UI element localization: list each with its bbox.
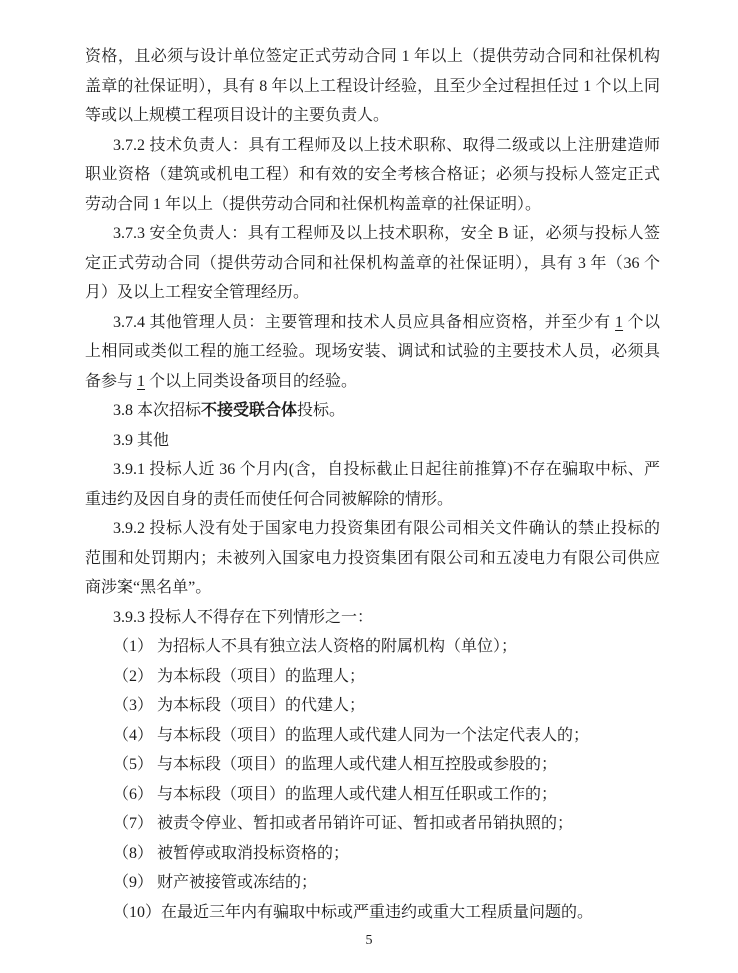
list-item-1: （1） 为招标人不具有独立法人资格的附属机构（单位）； (85, 632, 660, 662)
text-segment: 个以上同类设备项目的经验。 (145, 373, 357, 390)
text-segment: 3.9 其他 (113, 432, 169, 449)
text-segment: 3.7.3 安全负责人：具有工程师及以上技术职称，安全 B 证，必须与投标人签定… (85, 225, 660, 301)
text-segment: （2） 为本标段（项目）的监理人； (113, 668, 365, 685)
list-item-9: （9） 财产被接管或冻结的； (85, 868, 660, 898)
text-segment: 投标。 (297, 402, 345, 419)
page-number: 5 (0, 933, 738, 949)
list-item-6: （6） 与本标段（项目）的监理人或代建人相互任职或工作的； (85, 780, 660, 810)
list-item-10: （10）在最近三年内有骗取中标或严重违约或重大工程质量问题的。 (85, 898, 660, 928)
text-segment: （1） 为招标人不具有独立法人资格的附属机构（单位）； (113, 638, 517, 655)
section-3-9-1: 3.9.1 投标人近 36 个月内(含，自投标截止日起往前推算)不存在骗取中标、… (85, 455, 660, 514)
section-3-7-4: 3.7.4 其他管理人员：主要管理和技术人员应具备相应资格，并至少有 1 个以上… (85, 308, 660, 397)
section-3-9-3: 3.9.3 投标人不得存在下列情形之一： (85, 603, 660, 633)
list-item-5: （5） 与本标段（项目）的监理人或代建人相互控股或参股的； (85, 750, 660, 780)
section-3-9: 3.9 其他 (85, 426, 660, 456)
text-segment: 3.8 本次招标 (113, 402, 201, 419)
text-segment: 3.7.4 其他管理人员：主要管理和技术人员应具备相应资格，并至少有 (113, 314, 615, 331)
document-body: 资格，且必须与设计单位签定正式劳动合同 1 年以上（提供劳动合同和社保机构盖章的… (85, 42, 660, 927)
text-segment: 1 (615, 314, 623, 331)
text-segment: 1 (137, 373, 145, 390)
list-item-2: （2） 为本标段（项目）的监理人； (85, 662, 660, 692)
section-3-7-3: 3.7.3 安全负责人：具有工程师及以上技术职称，安全 B 证，必须与投标人签定… (85, 219, 660, 308)
text-segment: 3.9.3 投标人不得存在下列情形之一： (113, 609, 373, 626)
section-3-7-2: 3.7.2 技术负责人：具有工程师及以上技术职称、取得二级或以上注册建造师职业资… (85, 131, 660, 220)
text-segment: 不接受联合体 (201, 402, 297, 419)
section-3-8: 3.8 本次招标不接受联合体投标。 (85, 396, 660, 426)
text-segment: 3.7.2 技术负责人：具有工程师及以上技术职称、取得二级或以上注册建造师职业资… (85, 137, 660, 213)
section-3-9-2: 3.9.2 投标人没有处于国家电力投资集团有限公司相关文件确认的禁止投标的范围和… (85, 514, 660, 603)
text-segment: 3.9.2 投标人没有处于国家电力投资集团有限公司相关文件确认的禁止投标的范围和… (85, 520, 660, 596)
list-item-4: （4） 与本标段（项目）的监理人或代建人同为一个法定代表人的； (85, 721, 660, 751)
text-segment: 资格，且必须与设计单位签定正式劳动合同 1 年以上（提供劳动合同和社保机构盖章的… (85, 48, 660, 124)
text-segment: （7） 被责令停业、暂扣或者吊销许可证、暂扣或者吊销执照的； (113, 815, 573, 832)
text-segment: （4） 与本标段（项目）的监理人或代建人同为一个法定代表人的； (113, 727, 589, 744)
text-segment: （9） 财产被接管或冻结的； (113, 874, 317, 891)
para-continuation: 资格，且必须与设计单位签定正式劳动合同 1 年以上（提供劳动合同和社保机构盖章的… (85, 42, 660, 131)
text-segment: （10）在最近三年内有骗取中标或严重违约或重大工程质量问题的。 (113, 904, 593, 921)
list-item-3: （3） 为本标段（项目）的代建人； (85, 691, 660, 721)
text-segment: 3.9.1 投标人近 36 个月内(含，自投标截止日起往前推算)不存在骗取中标、… (85, 461, 660, 508)
text-segment: （5） 与本标段（项目）的监理人或代建人相互控股或参股的； (113, 756, 557, 773)
text-segment: （6） 与本标段（项目）的监理人或代建人相互任职或工作的； (113, 786, 557, 803)
list-item-8: （8） 被暂停或取消投标资格的； (85, 839, 660, 869)
list-item-7: （7） 被责令停业、暂扣或者吊销许可证、暂扣或者吊销执照的； (85, 809, 660, 839)
text-segment: （3） 为本标段（项目）的代建人； (113, 697, 365, 714)
text-segment: （8） 被暂停或取消投标资格的； (113, 845, 349, 862)
document-page: 资格，且必须与设计单位签定正式劳动合同 1 年以上（提供劳动合同和社保机构盖章的… (0, 0, 738, 973)
